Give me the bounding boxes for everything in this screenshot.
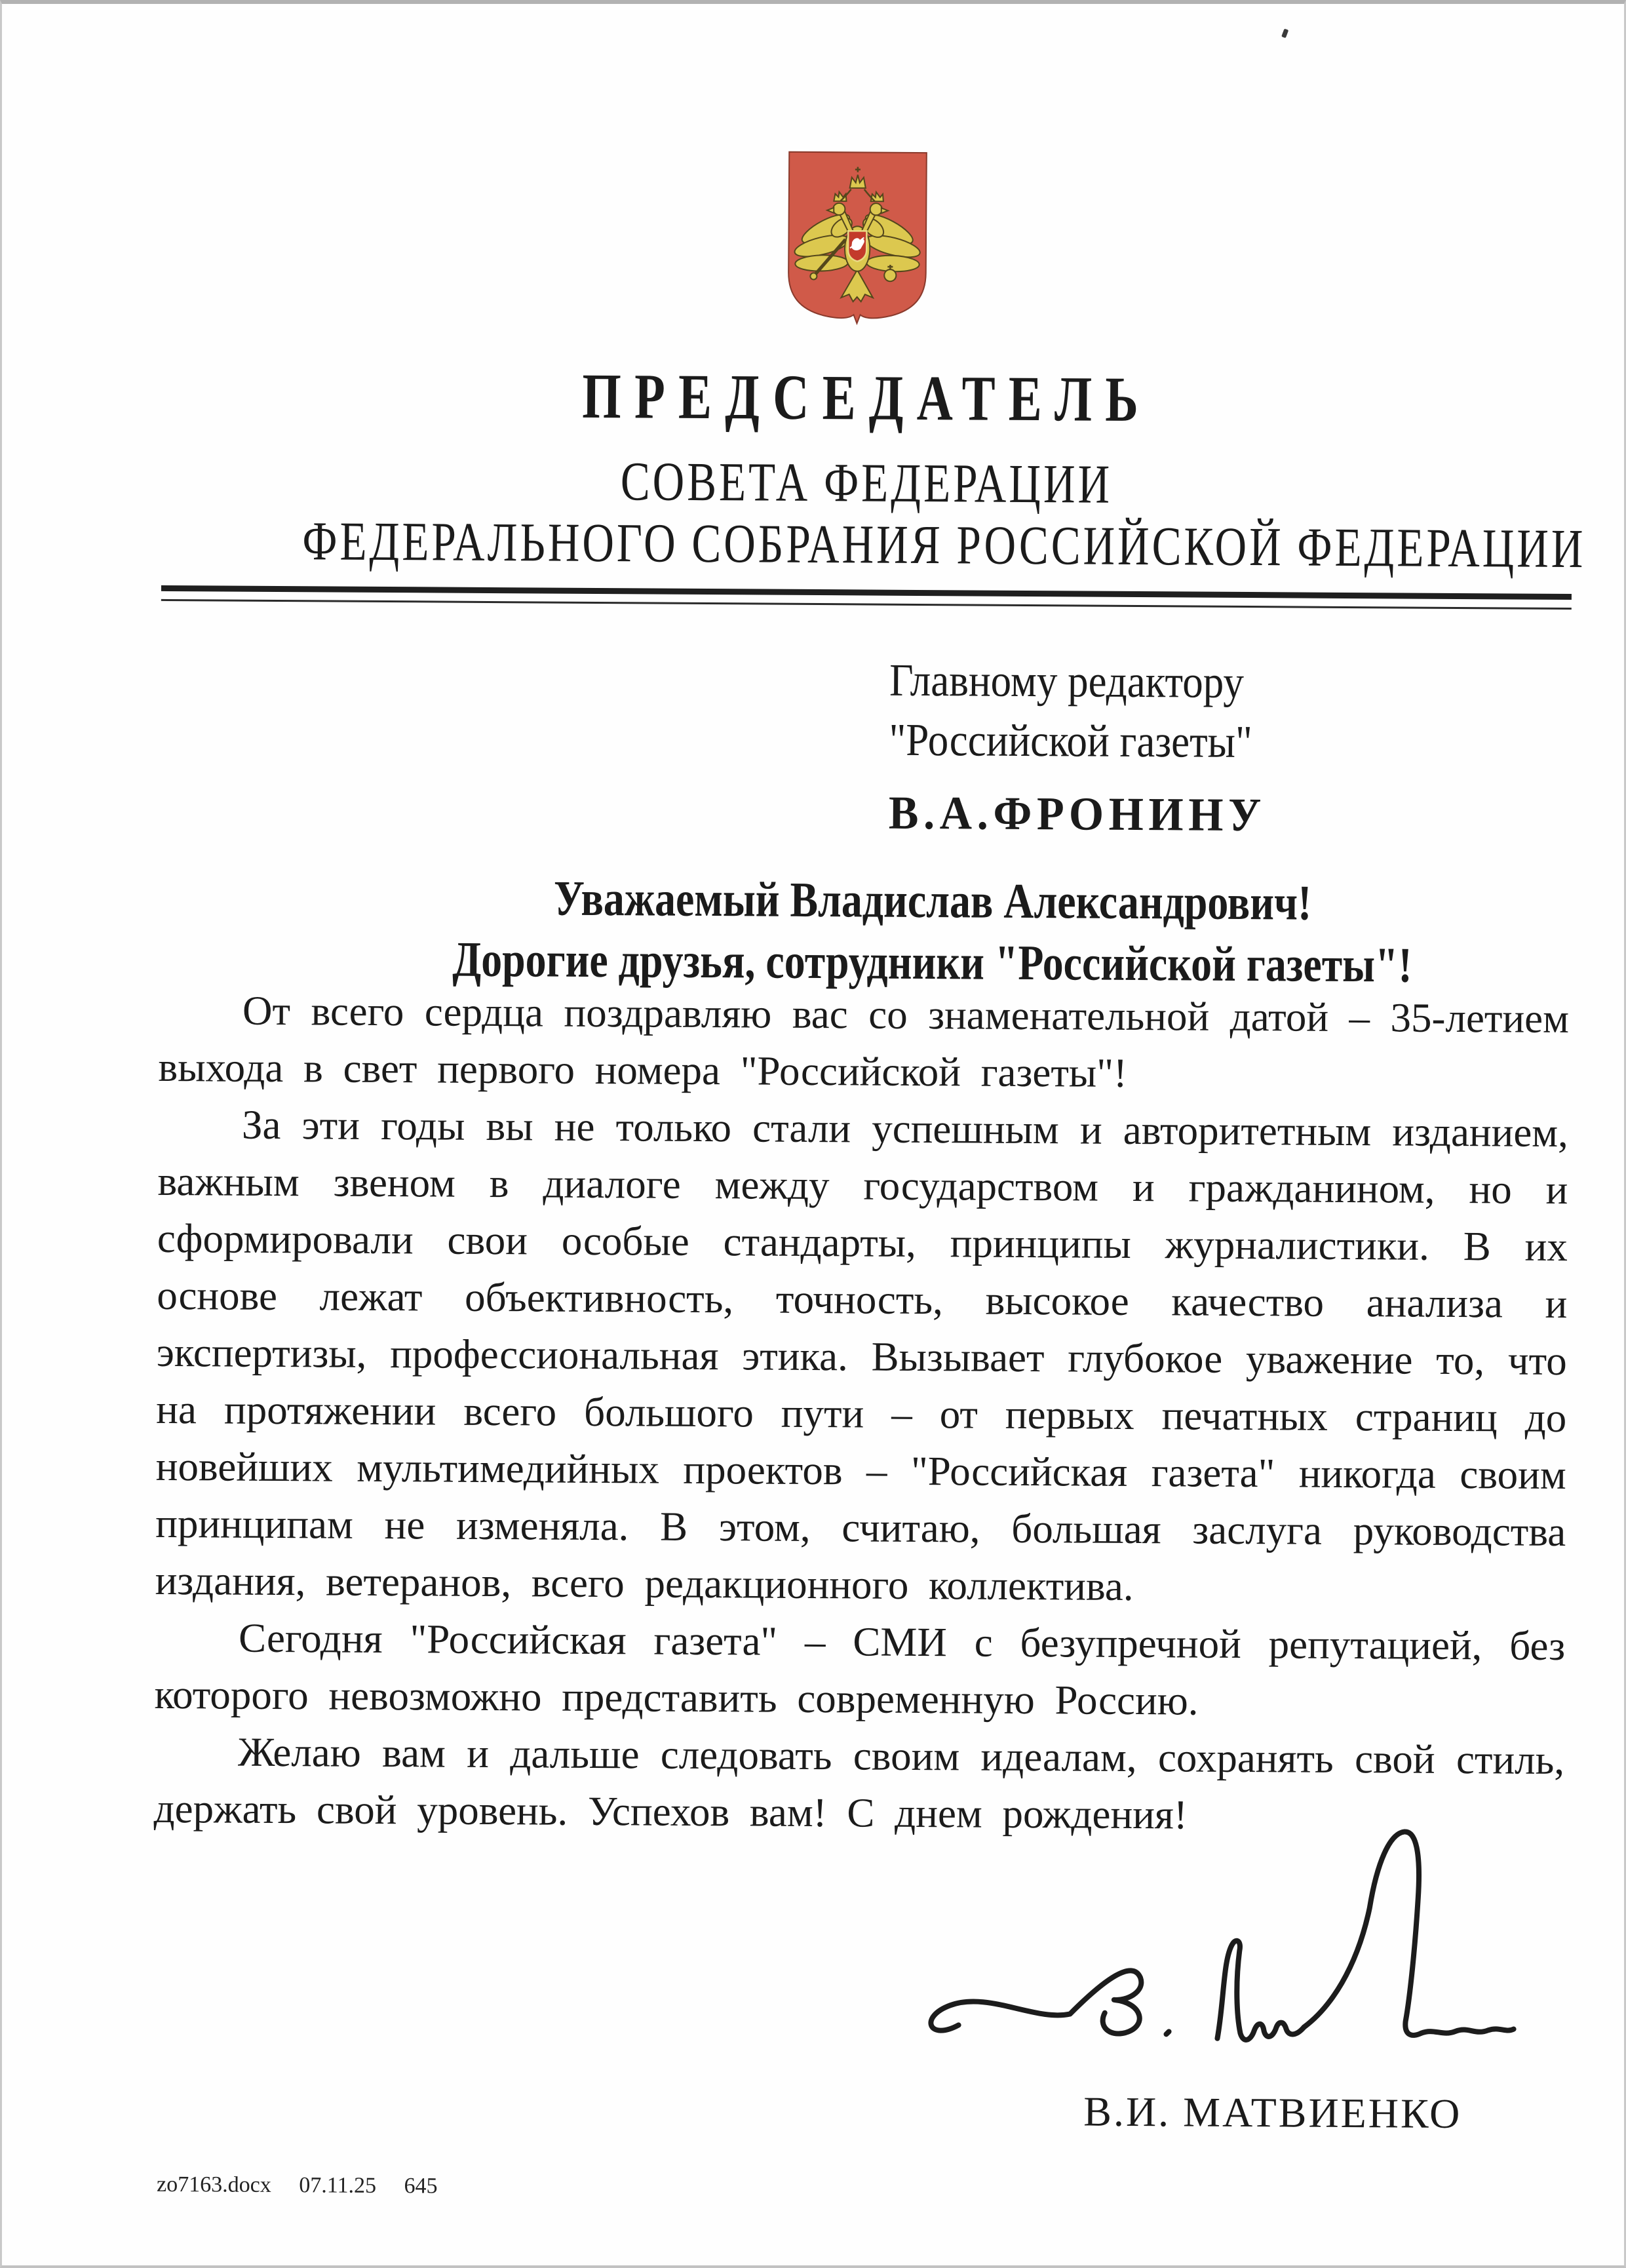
- recipient-block: Главному редактору "Российской газеты": [889, 651, 1252, 772]
- scan-artifact-speck: [1281, 29, 1288, 39]
- letterhead-rule-thick: [161, 585, 1572, 600]
- recipient-line-2: "Российской газеты": [889, 711, 1252, 772]
- body-paragraph-1: От всего сердца поздравляю вас со знамен…: [158, 982, 1569, 1105]
- russia-coat-of-arms-icon: [783, 149, 932, 326]
- recipient-line-1: Главному редактору: [889, 651, 1253, 713]
- salutation-line-1: Уважаемый Владислав Александрович!: [341, 867, 1525, 935]
- salutation-block: Уважаемый Владислав Александрович! Дорог…: [340, 867, 1524, 997]
- recipient-name: В.А.ФРОНИНУ: [889, 786, 1266, 843]
- document-reference-footer: zo7163.docx 07.11.25 645: [157, 2172, 438, 2199]
- letterhead-org-line1: СОВЕТА ФЕДЕРАЦИИ: [303, 448, 1431, 518]
- letter-document: ПРЕДСЕДАТЕЛЬ СОВЕТА ФЕДЕРАЦИИ ФЕДЕРАЛЬНО…: [0, 0, 1626, 2268]
- letterhead-org-line2: ФЕДЕРАЛЬНОГО СОБРАНИЯ РОССИЙСКОЙ ФЕДЕРАЦ…: [302, 509, 1430, 580]
- letterhead-rule-thin: [161, 599, 1572, 610]
- body-paragraph-2: За эти годы вы не только стали успешным …: [155, 1096, 1568, 1618]
- letter-body: От всего сердца поздравляю вас со знамен…: [153, 982, 1569, 1846]
- body-paragraph-3: Сегодня "Российская газета" – СМИ с безу…: [154, 1609, 1565, 1732]
- matvienko-handwritten-signature: [909, 1809, 1556, 2065]
- signatory-name: В.И. МАТВИЕНКО: [978, 2087, 1568, 2139]
- scanned-letter-content: ПРЕДСЕДАТЕЛЬ СОВЕТА ФЕДЕРАЦИИ ФЕДЕРАЛЬНО…: [0, 0, 1626, 2268]
- letterhead-title: ПРЕДСЕДАТЕЛЬ: [317, 358, 1417, 438]
